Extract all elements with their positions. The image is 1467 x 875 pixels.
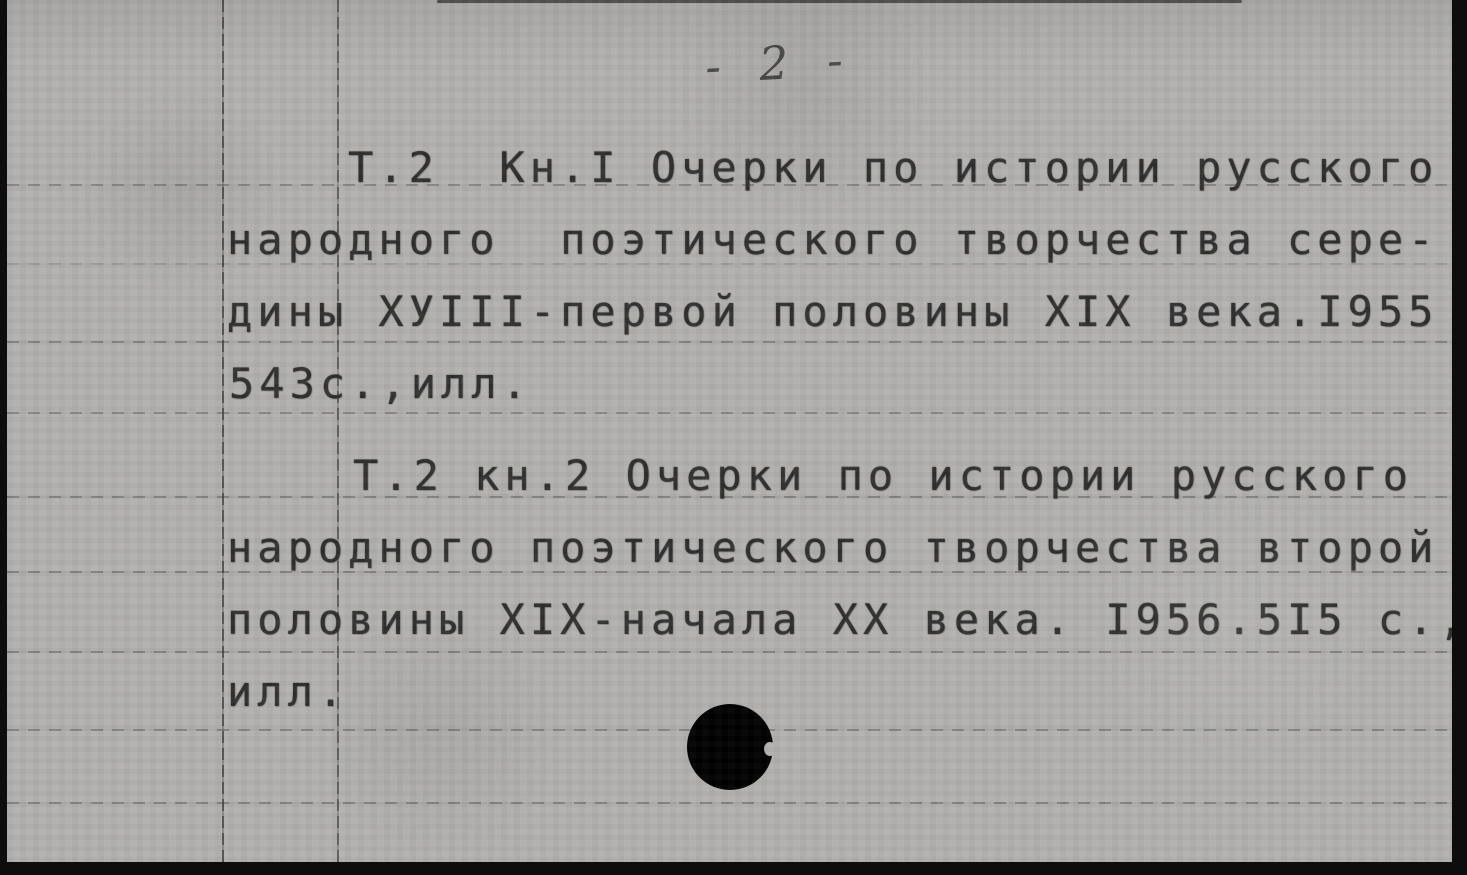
ruled-line-vertical-left — [222, 0, 224, 862]
entry-2-line-1: Т.2 кн.2 Очерки по истории русского — [353, 455, 1413, 497]
ruled-line-vertical-inner — [337, 0, 339, 862]
entry-1-line-1: Т.2 Кн.I Очерки по истории русского — [348, 147, 1438, 189]
page-number: - 2 - — [704, 32, 856, 94]
punch-hole — [687, 704, 773, 790]
entry-1-line-3: дины ХУIII-первой половины ХIХ века.I955 — [227, 291, 1438, 333]
entry-2-line-4: илл. — [227, 671, 348, 713]
scan-edge-smudge — [437, 0, 1242, 3]
ruled-line-horizontal — [7, 651, 1452, 653]
entry-2-line-3: половины ХIХ-начала ХХ века. I956.5I5 с.… — [227, 599, 1452, 641]
entry-1-line-2: народного поэтического творчества сере- — [227, 219, 1438, 261]
ruled-line-horizontal — [7, 802, 1452, 804]
ruled-line-horizontal — [7, 341, 1452, 343]
ruled-line-horizontal — [7, 412, 1452, 414]
entry-1-line-4: 543с.,илл. — [229, 363, 532, 405]
entry-2-line-2: народного поэтического творчества второй — [227, 527, 1438, 569]
scanned-catalog-card-page: { "colors": { "card_background": "#b1b0a… — [0, 0, 1467, 875]
catalog-card: - 2 - Т.2 Кн.I Очерки по истории русског… — [7, 0, 1452, 862]
